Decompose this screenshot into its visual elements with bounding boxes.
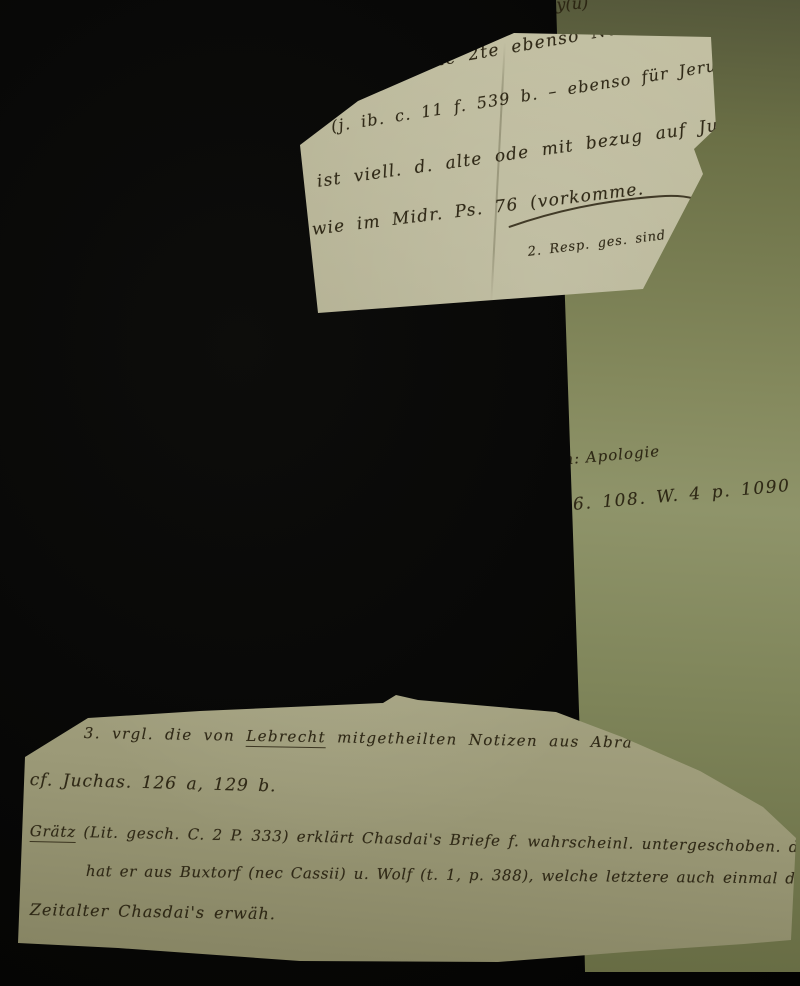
paper-crease bbox=[490, 42, 506, 304]
line-text: 3. vrgl. die von bbox=[84, 724, 247, 745]
underlined-word: Grätz bbox=[30, 822, 76, 843]
manuscript-photo: y(u) in: Apologie 46. 108. W. 4 p. 1090 … bbox=[0, 0, 800, 986]
line-text: (Lit. gesch. C. 2 P. 333) erklärt Chasda… bbox=[76, 823, 800, 857]
handwritten-line: Grätz (Lit. gesch. C. 2 P. 333) erklärt … bbox=[30, 824, 800, 855]
handwritten-line: Zeitalter Chasdai's erwäh. bbox=[30, 902, 276, 922]
handwritten-line-apologie: in: Apologie bbox=[557, 444, 661, 468]
handwritten-line: 3. vrgl. die von Lebrecht mitgetheilten … bbox=[84, 726, 633, 751]
handwritten-line: cf. Juchas. 126 a, 129 b. bbox=[30, 772, 277, 795]
handwritten-line-citation: 46. 108. W. 4 p. 1090 bbox=[560, 478, 791, 515]
line-text: mitgetheilten Notizen aus Abra bbox=[326, 728, 633, 751]
handwritten-line: hat er aus Buxtorf (nec Cassii) u. Wolf … bbox=[86, 864, 800, 886]
handwritten-fragment-top: y(u) bbox=[556, 0, 589, 13]
underlined-word: Lebrecht bbox=[246, 727, 326, 748]
